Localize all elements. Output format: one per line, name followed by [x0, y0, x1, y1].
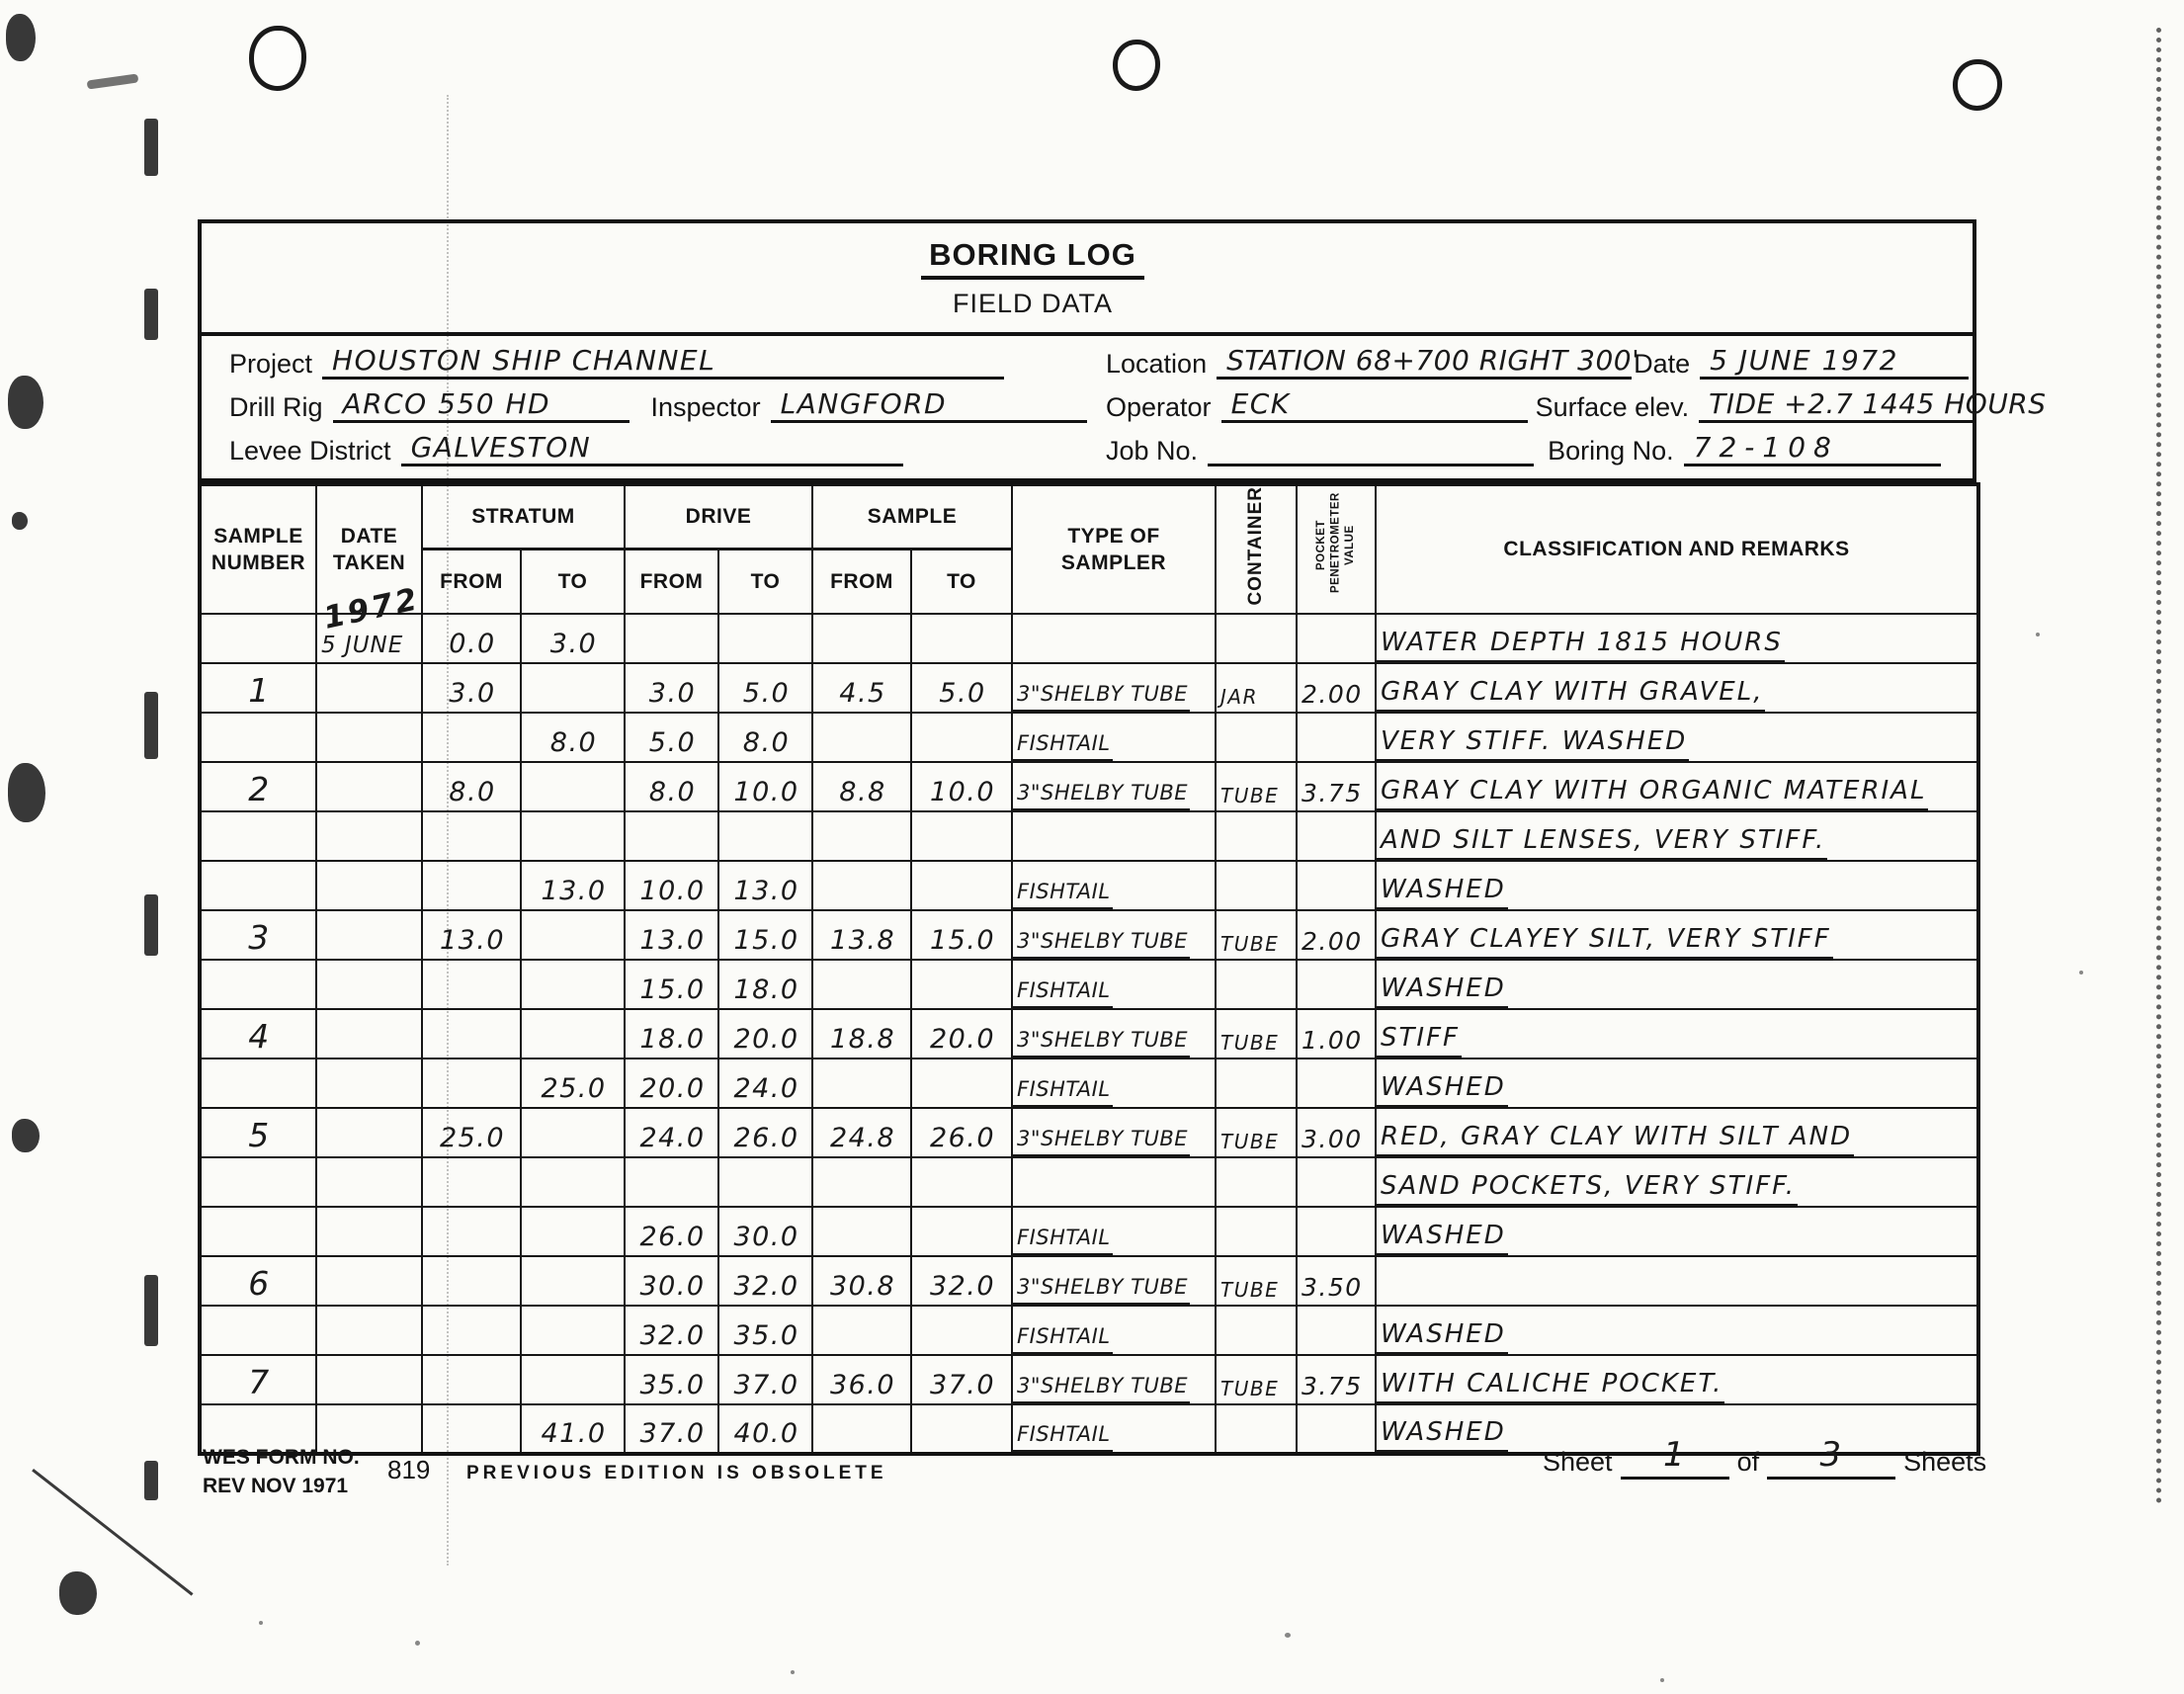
cell-type-of-sampler: FISHTAIL	[1012, 713, 1216, 762]
cell-container	[1216, 960, 1297, 1009]
cell-classification-remarks: WATER DEPTH 1815 HOURS	[1376, 614, 1978, 663]
location-value: STATION 68+700 RIGHT 300'	[1217, 344, 1632, 380]
header-drive: DRIVE	[625, 484, 812, 549]
cell-drive-to	[718, 1157, 812, 1207]
cell-type-of-sampler: 3"SHELBY TUBE	[1012, 1256, 1216, 1306]
cell-drive-to: 20.0	[718, 1009, 812, 1059]
of-label: of	[1729, 1447, 1768, 1480]
header-pocket-penetrometer: POCKET PENETROMETER VALUE	[1297, 484, 1376, 614]
cell-sample-to	[911, 960, 1012, 1009]
header-sample-number: SAMPLE NUMBER	[200, 484, 316, 614]
location-label: Location	[1106, 349, 1217, 380]
project-label: Project	[229, 349, 322, 380]
cell-date-taken	[316, 1009, 422, 1059]
cell-sample-number: 5	[200, 1108, 316, 1157]
cell-sample-to: 37.0	[911, 1355, 1012, 1404]
cell-sample-to	[911, 861, 1012, 910]
cell-pocket-penetrometer	[1297, 614, 1376, 663]
cell-classification-remarks: WASHED	[1376, 861, 1978, 910]
table-row: 15.0 18.0 FISHTAIL WASHED	[200, 960, 1978, 1009]
cell-classification-remarks: GRAY CLAY WITH ORGANIC MATERIAL	[1376, 762, 1978, 811]
cell-stratum-from	[422, 861, 521, 910]
cell-drive-to: 18.0	[718, 960, 812, 1009]
cell-date-taken	[316, 1108, 422, 1157]
perforation-dots	[2156, 28, 2161, 1504]
cell-classification-remarks: WASHED	[1376, 960, 1978, 1009]
cell-stratum-from	[422, 1059, 521, 1108]
cell-sample-to: 20.0	[911, 1009, 1012, 1059]
cell-classification-remarks: AND SILT LENSES, VERY STIFF.	[1376, 811, 1978, 861]
cell-sample-number	[200, 811, 316, 861]
cell-container: TUBE	[1216, 1108, 1297, 1157]
cell-sample-number	[200, 960, 316, 1009]
binding-mark	[144, 1461, 158, 1500]
cell-sample-from	[812, 1306, 911, 1355]
page-title: BORING LOG	[921, 237, 1144, 280]
cell-type-of-sampler: 3"SHELBY TUBE	[1012, 1355, 1216, 1404]
cell-stratum-to: 13.0	[521, 861, 625, 910]
cell-drive-to: 10.0	[718, 762, 812, 811]
cell-drive-from: 3.0	[625, 663, 718, 713]
table-row: 32.0 35.0 FISHTAIL WASHED	[200, 1306, 1978, 1355]
cell-date-taken	[316, 861, 422, 910]
cell-stratum-to: 25.0	[521, 1059, 625, 1108]
speckle	[2036, 633, 2040, 636]
cell-type-of-sampler: 3"SHELBY TUBE	[1012, 762, 1216, 811]
cell-sample-from: 36.0	[812, 1355, 911, 1404]
cell-sample-number: 7	[200, 1355, 316, 1404]
cell-container	[1216, 1059, 1297, 1108]
cell-pocket-penetrometer: 2.00	[1297, 663, 1376, 713]
drill-rig-value: ARCO 550 HD	[333, 387, 630, 423]
cell-classification-remarks	[1376, 1256, 1978, 1306]
cell-stratum-to	[521, 1157, 625, 1207]
cell-sample-to	[911, 1059, 1012, 1108]
boring-no-label: Boring No.	[1534, 436, 1684, 466]
header-classification: CLASSIFICATION AND REMARKS	[1376, 484, 1978, 614]
cell-drive-to: 40.0	[718, 1404, 812, 1454]
cell-date-taken	[316, 960, 422, 1009]
cell-sample-to	[911, 614, 1012, 663]
cell-classification-remarks: WASHED	[1376, 1306, 1978, 1355]
cell-stratum-to	[521, 1108, 625, 1157]
cell-classification-remarks: GRAY CLAYEY SILT, VERY STIFF	[1376, 910, 1978, 960]
cell-date-taken	[316, 910, 422, 960]
cell-drive-to: 5.0	[718, 663, 812, 713]
cell-sample-to: 15.0	[911, 910, 1012, 960]
cell-type-of-sampler	[1012, 614, 1216, 663]
cell-pocket-penetrometer: 3.75	[1297, 1355, 1376, 1404]
cell-sample-number: 3	[200, 910, 316, 960]
cell-sample-to: 10.0	[911, 762, 1012, 811]
cell-date-taken	[316, 713, 422, 762]
cell-drive-to	[718, 811, 812, 861]
header-stratum-to: TO	[521, 549, 625, 613]
cell-date-taken	[316, 762, 422, 811]
cell-stratum-to: 3.0	[521, 614, 625, 663]
cell-container: TUBE	[1216, 1009, 1297, 1059]
cell-type-of-sampler: FISHTAIL	[1012, 1306, 1216, 1355]
cell-pocket-penetrometer	[1297, 811, 1376, 861]
wes-form-line1: WES FORM NO.	[203, 1443, 360, 1472]
page-corner-fold	[32, 1469, 193, 1596]
cell-sample-from	[812, 1207, 911, 1256]
cell-sample-from	[812, 861, 911, 910]
cell-drive-to: 37.0	[718, 1355, 812, 1404]
table-row: 2 8.0 8.0 10.0 8.8 10.0 3"SHELBY TUBE TU…	[200, 762, 1978, 811]
speckle	[2079, 971, 2083, 974]
form-number: 819	[387, 1455, 430, 1485]
cell-container	[1216, 1306, 1297, 1355]
cell-drive-to: 13.0	[718, 861, 812, 910]
cell-sample-to	[911, 1207, 1012, 1256]
binding-mark	[144, 692, 158, 759]
hole-punch-icon	[249, 26, 306, 91]
boring-no-value: 72-108	[1684, 431, 1941, 466]
sheet-number: 1	[1663, 1435, 1686, 1475]
table-row: 8.0 5.0 8.0 FISHTAIL VERY STIFF. WASHED	[200, 713, 1978, 762]
cell-pocket-penetrometer: 3.50	[1297, 1256, 1376, 1306]
cell-sample-to	[911, 713, 1012, 762]
header-drive-to: TO	[718, 549, 812, 613]
cell-date-taken	[316, 811, 422, 861]
binding-mark	[144, 1275, 158, 1346]
cell-type-of-sampler	[1012, 811, 1216, 861]
cell-sample-number: 6	[200, 1256, 316, 1306]
header-drive-from: FROM	[625, 549, 718, 613]
cell-date-taken	[316, 1207, 422, 1256]
ink-smudge	[8, 763, 45, 822]
cell-sample-from	[812, 1059, 911, 1108]
cell-stratum-to	[521, 811, 625, 861]
cell-date-taken	[316, 663, 422, 713]
cell-stratum-from: 13.0	[422, 910, 521, 960]
cell-stratum-to	[521, 910, 625, 960]
cell-drive-from: 24.0	[625, 1108, 718, 1157]
ink-smudge	[8, 376, 43, 429]
ink-smudge	[12, 512, 28, 530]
ink-smudge	[59, 1571, 97, 1615]
cell-sample-from: 30.8	[812, 1256, 911, 1306]
cell-drive-from: 8.0	[625, 762, 718, 811]
table-row: 25.0 20.0 24.0 FISHTAIL WASHED	[200, 1059, 1978, 1108]
cell-pocket-penetrometer	[1297, 1207, 1376, 1256]
cell-drive-to: 26.0	[718, 1108, 812, 1157]
header-type-of-sampler: TYPE OF SAMPLER	[1012, 484, 1216, 614]
cell-stratum-from: 3.0	[422, 663, 521, 713]
cell-classification-remarks: VERY STIFF. WASHED	[1376, 713, 1978, 762]
sheet-number-slot: 1	[1621, 1435, 1729, 1480]
cell-stratum-from: 0.0	[422, 614, 521, 663]
cell-drive-to: 32.0	[718, 1256, 812, 1306]
cell-container	[1216, 1157, 1297, 1207]
cell-type-of-sampler: 3"SHELBY TUBE	[1012, 1108, 1216, 1157]
total-sheets: 3	[1820, 1435, 1843, 1475]
binding-mark	[144, 119, 158, 176]
ink-smudge	[87, 73, 139, 89]
cell-drive-from: 30.0	[625, 1256, 718, 1306]
total-sheets-slot: 3	[1767, 1435, 1895, 1480]
cell-stratum-to	[521, 663, 625, 713]
cell-drive-to: 30.0	[718, 1207, 812, 1256]
cell-pocket-penetrometer	[1297, 1157, 1376, 1207]
cell-pocket-penetrometer: 3.75	[1297, 762, 1376, 811]
inspector-label: Inspector	[630, 392, 771, 423]
levee-district-value: GALVESTON	[401, 431, 903, 466]
cell-pocket-penetrometer	[1297, 1306, 1376, 1355]
cell-sample-to	[911, 811, 1012, 861]
cell-type-of-sampler: FISHTAIL	[1012, 861, 1216, 910]
cell-sample-number	[200, 713, 316, 762]
cell-drive-from	[625, 811, 718, 861]
cell-drive-from	[625, 614, 718, 663]
cell-sample-from	[812, 960, 911, 1009]
hole-punch-icon	[1113, 40, 1160, 91]
cell-drive-from: 32.0	[625, 1306, 718, 1355]
cell-sample-from	[812, 614, 911, 663]
project-value: HOUSTON SHIP CHANNEL	[322, 344, 1004, 380]
header-date-taken: DATE TAKEN 1972	[316, 484, 422, 614]
cell-stratum-to: 8.0	[521, 713, 625, 762]
cell-stratum-from: 8.0	[422, 762, 521, 811]
speckle	[1660, 1678, 1664, 1682]
cell-classification-remarks: WITH CALICHE POCKET.	[1376, 1355, 1978, 1404]
ink-smudge	[6, 14, 36, 61]
cell-drive-from	[625, 1157, 718, 1207]
date-label: Date	[1632, 349, 1700, 380]
cell-sample-from: 13.8	[812, 910, 911, 960]
cell-container: TUBE	[1216, 1256, 1297, 1306]
table-row: 26.0 30.0 FISHTAIL WASHED	[200, 1207, 1978, 1256]
surface-elev-label: Surface elev.	[1528, 392, 1700, 423]
cell-type-of-sampler: 3"SHELBY TUBE	[1012, 910, 1216, 960]
header-container: CONTAINER	[1216, 484, 1297, 614]
cell-sample-number: 1	[200, 663, 316, 713]
cell-sample-number: 4	[200, 1009, 316, 1059]
cell-container: TUBE	[1216, 762, 1297, 811]
cell-stratum-to	[521, 762, 625, 811]
cell-stratum-from	[422, 960, 521, 1009]
cell-drive-from: 13.0	[625, 910, 718, 960]
inspector-value: LANGFORD	[771, 387, 1087, 423]
speckle	[791, 1670, 795, 1674]
cell-date-taken	[316, 1059, 422, 1108]
cell-drive-to	[718, 614, 812, 663]
table-row: 3 13.0 13.0 15.0 13.8 15.0 3"SHELBY TUBE…	[200, 910, 1978, 960]
hole-punch-icon	[1953, 59, 2002, 111]
job-no-label: Job No.	[1106, 436, 1208, 466]
cell-sample-from	[812, 811, 911, 861]
cell-sample-to: 26.0	[911, 1108, 1012, 1157]
cell-stratum-from	[422, 1207, 521, 1256]
cell-sample-from: 4.5	[812, 663, 911, 713]
cell-sample-to: 32.0	[911, 1256, 1012, 1306]
cell-classification-remarks: STIFF	[1376, 1009, 1978, 1059]
cell-stratum-from	[422, 1306, 521, 1355]
cell-stratum-from	[422, 1355, 521, 1404]
cell-sample-number	[200, 1306, 316, 1355]
cell-sample-from: 18.8	[812, 1009, 911, 1059]
cell-pocket-penetrometer	[1297, 861, 1376, 910]
cell-date-taken	[316, 1256, 422, 1306]
surface-elev-value: TIDE +2.7 1445 HOURS	[1699, 387, 1974, 423]
wes-form-line2: REV NOV 1971	[203, 1472, 360, 1500]
cell-stratum-from	[422, 1009, 521, 1059]
cell-container: TUBE	[1216, 910, 1297, 960]
cell-sample-from	[812, 713, 911, 762]
cell-drive-from: 5.0	[625, 713, 718, 762]
boring-log-table: SAMPLE NUMBER DATE TAKEN 1972 STRATUM DR…	[198, 482, 1980, 1456]
cell-container	[1216, 1207, 1297, 1256]
cell-sample-number	[200, 1207, 316, 1256]
cell-container	[1216, 1404, 1297, 1454]
cell-drive-from: 20.0	[625, 1059, 718, 1108]
header-sample-to: TO	[911, 549, 1012, 613]
binding-mark	[144, 894, 158, 956]
cell-container	[1216, 811, 1297, 861]
cell-classification-remarks: WASHED	[1376, 1207, 1978, 1256]
header-stratum: STRATUM	[422, 484, 625, 549]
cell-stratum-from	[422, 1404, 521, 1454]
cell-classification-remarks: GRAY CLAY WITH GRAVEL,	[1376, 663, 1978, 713]
cell-drive-from: 26.0	[625, 1207, 718, 1256]
cell-stratum-to	[521, 1306, 625, 1355]
cell-stratum-to	[521, 1207, 625, 1256]
cell-stratum-to	[521, 960, 625, 1009]
form-title-box: BORING LOG FIELD DATA	[198, 219, 1976, 336]
table-row: 5 JUNE 0.0 3.0 WATER DEPTH 1815 HOURS	[200, 614, 1978, 663]
cell-type-of-sampler: FISHTAIL	[1012, 960, 1216, 1009]
cell-sample-from: 8.8	[812, 762, 911, 811]
cell-type-of-sampler: 3"SHELBY TUBE	[1012, 663, 1216, 713]
table-row: 4 18.0 20.0 18.8 20.0 3"SHELBY TUBE TUBE…	[200, 1009, 1978, 1059]
cell-drive-to: 8.0	[718, 713, 812, 762]
table-row: 5 25.0 24.0 26.0 24.8 26.0 3"SHELBY TUBE…	[200, 1108, 1978, 1157]
header-sample-from: FROM	[812, 549, 911, 613]
cell-stratum-to: 41.0	[521, 1404, 625, 1454]
cell-pocket-penetrometer: 2.00	[1297, 910, 1376, 960]
speckle	[415, 1641, 420, 1646]
cell-sample-number	[200, 1059, 316, 1108]
cell-type-of-sampler: FISHTAIL	[1012, 1404, 1216, 1454]
cell-pocket-penetrometer: 3.00	[1297, 1108, 1376, 1157]
cell-classification-remarks: RED, GRAY CLAY WITH SILT AND	[1376, 1108, 1978, 1157]
cell-classification-remarks: WASHED	[1376, 1059, 1978, 1108]
cell-pocket-penetrometer	[1297, 1059, 1376, 1108]
cell-date-taken	[316, 1355, 422, 1404]
speckle	[1285, 1633, 1291, 1638]
cell-drive-to: 24.0	[718, 1059, 812, 1108]
date-value: 5 JUNE 1972	[1700, 344, 1969, 380]
cell-date-taken	[316, 1157, 422, 1207]
cell-drive-from: 37.0	[625, 1404, 718, 1454]
cell-sample-from: 24.8	[812, 1108, 911, 1157]
ink-smudge	[12, 1119, 40, 1152]
table-row: 13.0 10.0 13.0 FISHTAIL WASHED	[200, 861, 1978, 910]
cell-drive-from: 18.0	[625, 1009, 718, 1059]
cell-sample-number: 2	[200, 762, 316, 811]
table-row: AND SILT LENSES, VERY STIFF.	[200, 811, 1978, 861]
cell-stratum-to	[521, 1256, 625, 1306]
table-row: SAND POCKETS, VERY STIFF.	[200, 1157, 1978, 1207]
cell-drive-from: 35.0	[625, 1355, 718, 1404]
cell-sample-from	[812, 1404, 911, 1454]
cell-stratum-from	[422, 713, 521, 762]
cell-sample-number	[200, 1157, 316, 1207]
cell-stratum-from	[422, 811, 521, 861]
cell-pocket-penetrometer	[1297, 713, 1376, 762]
cell-container	[1216, 861, 1297, 910]
sheets-label: Sheets	[1895, 1447, 1994, 1480]
cell-stratum-to	[521, 1009, 625, 1059]
cell-type-of-sampler: FISHTAIL	[1012, 1207, 1216, 1256]
scanned-boring-log-page: BORING LOG FIELD DATA Project HOUSTON SH…	[0, 0, 2184, 1694]
cell-container: JAR	[1216, 663, 1297, 713]
cell-stratum-from: 25.0	[422, 1108, 521, 1157]
cell-pocket-penetrometer	[1297, 960, 1376, 1009]
operator-value: ECK	[1221, 387, 1528, 423]
cell-drive-to: 15.0	[718, 910, 812, 960]
cell-drive-from: 10.0	[625, 861, 718, 910]
cell-stratum-from	[422, 1256, 521, 1306]
cell-sample-to	[911, 1404, 1012, 1454]
cell-drive-from: 15.0	[625, 960, 718, 1009]
cell-stratum-to	[521, 1355, 625, 1404]
cell-sample-to	[911, 1157, 1012, 1207]
cell-sample-number	[200, 614, 316, 663]
table-row: 1 3.0 3.0 5.0 4.5 5.0 3"SHELBY TUBE JAR …	[200, 663, 1978, 713]
speckle	[259, 1621, 263, 1625]
cell-pocket-penetrometer	[1297, 1404, 1376, 1454]
sheet-label: Sheet	[1535, 1447, 1621, 1480]
table-row: 7 35.0 37.0 36.0 37.0 3"SHELBY TUBE TUBE…	[200, 1355, 1978, 1404]
page-subtitle: FIELD DATA	[147, 289, 1918, 319]
project-info-box: Project HOUSTON SHIP CHANNEL Location ST…	[198, 336, 1976, 482]
cell-sample-to: 5.0	[911, 663, 1012, 713]
obsolete-note: PREVIOUS EDITION IS OBSOLETE	[466, 1463, 887, 1484]
cell-type-of-sampler	[1012, 1157, 1216, 1207]
cell-type-of-sampler: FISHTAIL	[1012, 1059, 1216, 1108]
job-no-value	[1208, 431, 1534, 466]
cell-drive-to: 35.0	[718, 1306, 812, 1355]
levee-district-label: Levee District	[229, 436, 401, 466]
cell-sample-number	[200, 861, 316, 910]
cell-container	[1216, 713, 1297, 762]
wes-form-number-block: WES FORM NO. REV NOV 1971	[203, 1443, 360, 1501]
sheet-counter: Sheet 1 of 3 Sheets	[1535, 1435, 1994, 1480]
log-table-body: 5 JUNE 0.0 3.0 WATER DEPTH 1815 HOURS 1 …	[200, 614, 1978, 1454]
cell-container	[1216, 614, 1297, 663]
cell-pocket-penetrometer: 1.00	[1297, 1009, 1376, 1059]
cell-type-of-sampler: 3"SHELBY TUBE	[1012, 1009, 1216, 1059]
cell-sample-from	[812, 1157, 911, 1207]
table-row: 6 30.0 32.0 30.8 32.0 3"SHELBY TUBE TUBE…	[200, 1256, 1978, 1306]
operator-label: Operator	[1106, 392, 1221, 423]
cell-sample-to	[911, 1306, 1012, 1355]
cell-classification-remarks: SAND POCKETS, VERY STIFF.	[1376, 1157, 1978, 1207]
cell-container: TUBE	[1216, 1355, 1297, 1404]
header-sample: SAMPLE	[812, 484, 1012, 549]
drill-rig-label: Drill Rig	[229, 392, 333, 423]
header-stratum-from: FROM	[422, 549, 521, 613]
cell-date-taken	[316, 1306, 422, 1355]
cell-stratum-from	[422, 1157, 521, 1207]
